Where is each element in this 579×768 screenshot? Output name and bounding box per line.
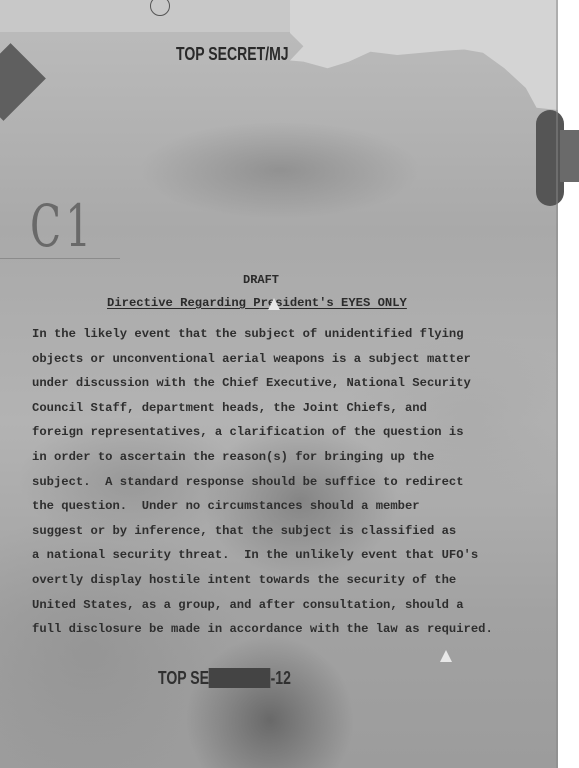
paper-tear-mark	[268, 298, 280, 310]
body-line: under discussion with the Chief Executiv…	[32, 371, 512, 396]
body-line: objects or unconventional aerial weapons…	[32, 347, 512, 372]
fold-line	[0, 258, 120, 259]
document-body: In the likely event that the subject of …	[32, 322, 512, 642]
paper-tear-mark	[440, 650, 452, 662]
stamp-fragment-right: -12	[271, 668, 291, 688]
body-line: In the likely event that the subject of …	[32, 322, 512, 347]
stamp-fragment-left: TOP SE	[158, 668, 209, 688]
torn-paper-area	[290, 0, 558, 110]
document-title: Directive Regarding President's EYES ONL…	[107, 296, 407, 310]
body-line: United States, as a group, and after con…	[32, 593, 512, 618]
classification-stamp-top: TOP SECRET/MJ	[176, 44, 289, 65]
body-line: foreign representatives, a clarification…	[32, 420, 512, 445]
body-line: the question. Under no circumstances sho…	[32, 494, 512, 519]
body-line: in order to ascertain the reason(s) for …	[32, 445, 512, 470]
draft-label: DRAFT	[243, 273, 279, 287]
handwritten-mark: C1	[30, 192, 95, 260]
page-edge	[556, 0, 558, 768]
body-line: overtly display hostile intent towards t…	[32, 568, 512, 593]
body-line: suggest or by inference, that the subjec…	[32, 519, 512, 544]
body-line: full disclosure be made in accordance wi…	[32, 617, 512, 642]
paper-clip-left-icon	[0, 43, 46, 121]
stamp-smudge: CRET/MJ	[209, 668, 271, 688]
body-line: Council Staff, department heads, the Joi…	[32, 396, 512, 421]
scanned-document-page: TOP SECRET/MJ C1 DRAFT Directive Regardi…	[0, 0, 558, 768]
classification-stamp-bottom: TOP SECRET/MJ-12	[158, 668, 291, 689]
paper-clip-tab-icon	[560, 130, 579, 182]
body-line: a national security threat. In the unlik…	[32, 543, 512, 568]
body-line: subject. A standard response should be s…	[32, 470, 512, 495]
